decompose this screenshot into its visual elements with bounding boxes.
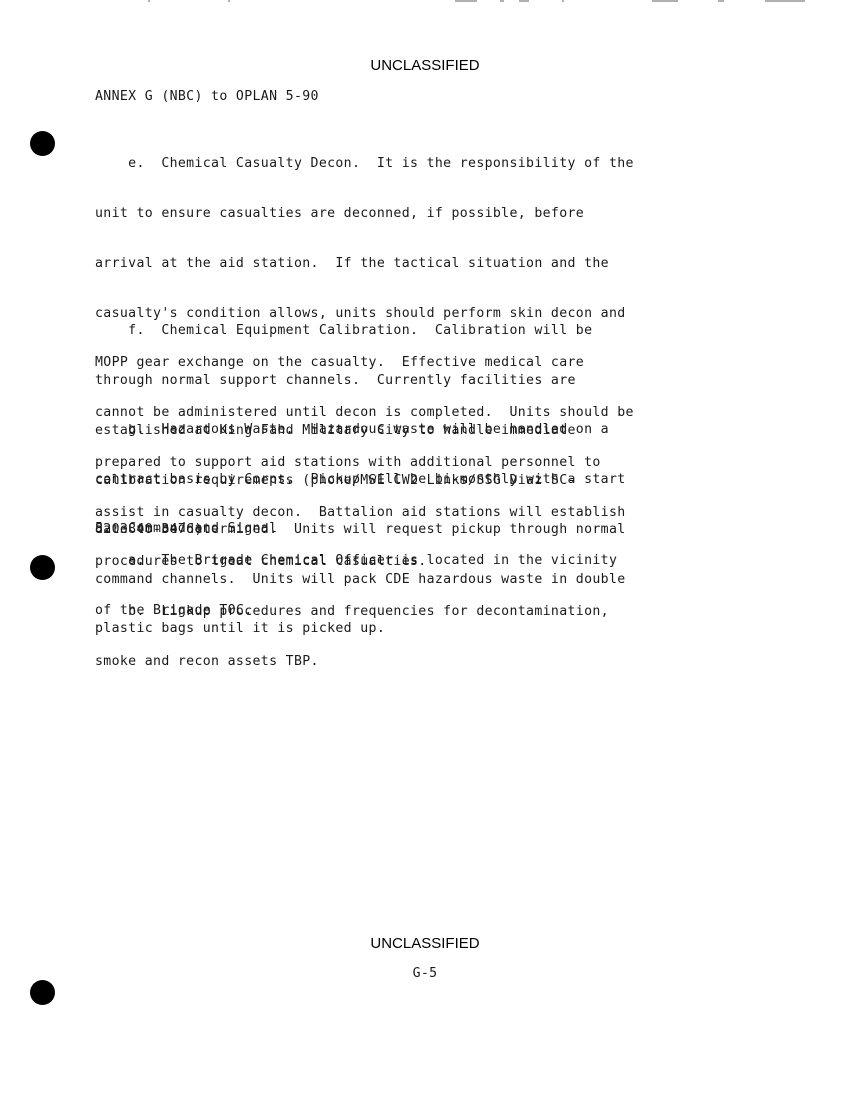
text-line: b. Linkup procedures and frequencies for… xyxy=(95,604,609,621)
hole-punch-mark xyxy=(30,131,55,156)
text-line: a. The Brigade Chemical Officer is locat… xyxy=(95,553,617,570)
text-line: contract basis by Corps. Pickup will be … xyxy=(95,472,626,489)
paragraph-5b-linkup-procedures: b. Linkup procedures and frequencies for… xyxy=(95,571,609,687)
scan-edge-marks xyxy=(0,0,850,4)
annex-header: ANNEX G (NBC) to OPLAN 5-90 xyxy=(95,89,319,106)
text-line: unit to ensure casualties are deconned, … xyxy=(95,206,634,223)
text-line: e. Chemical Casualty Decon. It is the re… xyxy=(95,156,634,173)
text-line: g. Hazardous Waste. Hazardous waste will… xyxy=(95,422,626,439)
page-number: G-5 xyxy=(0,966,850,983)
hole-punch-mark xyxy=(30,980,55,1005)
text-line: through normal support channels. Current… xyxy=(95,373,592,390)
text-line: smoke and recon assets TBP. xyxy=(95,654,609,671)
text-line: f. Chemical Equipment Calibration. Calib… xyxy=(95,323,592,340)
hole-punch-mark xyxy=(30,555,55,580)
classification-marking-top: UNCLASSIFIED xyxy=(0,57,850,74)
classification-marking-bottom: UNCLASSIFIED xyxy=(0,935,850,952)
text-line: arrival at the aid station. If the tacti… xyxy=(95,256,634,273)
